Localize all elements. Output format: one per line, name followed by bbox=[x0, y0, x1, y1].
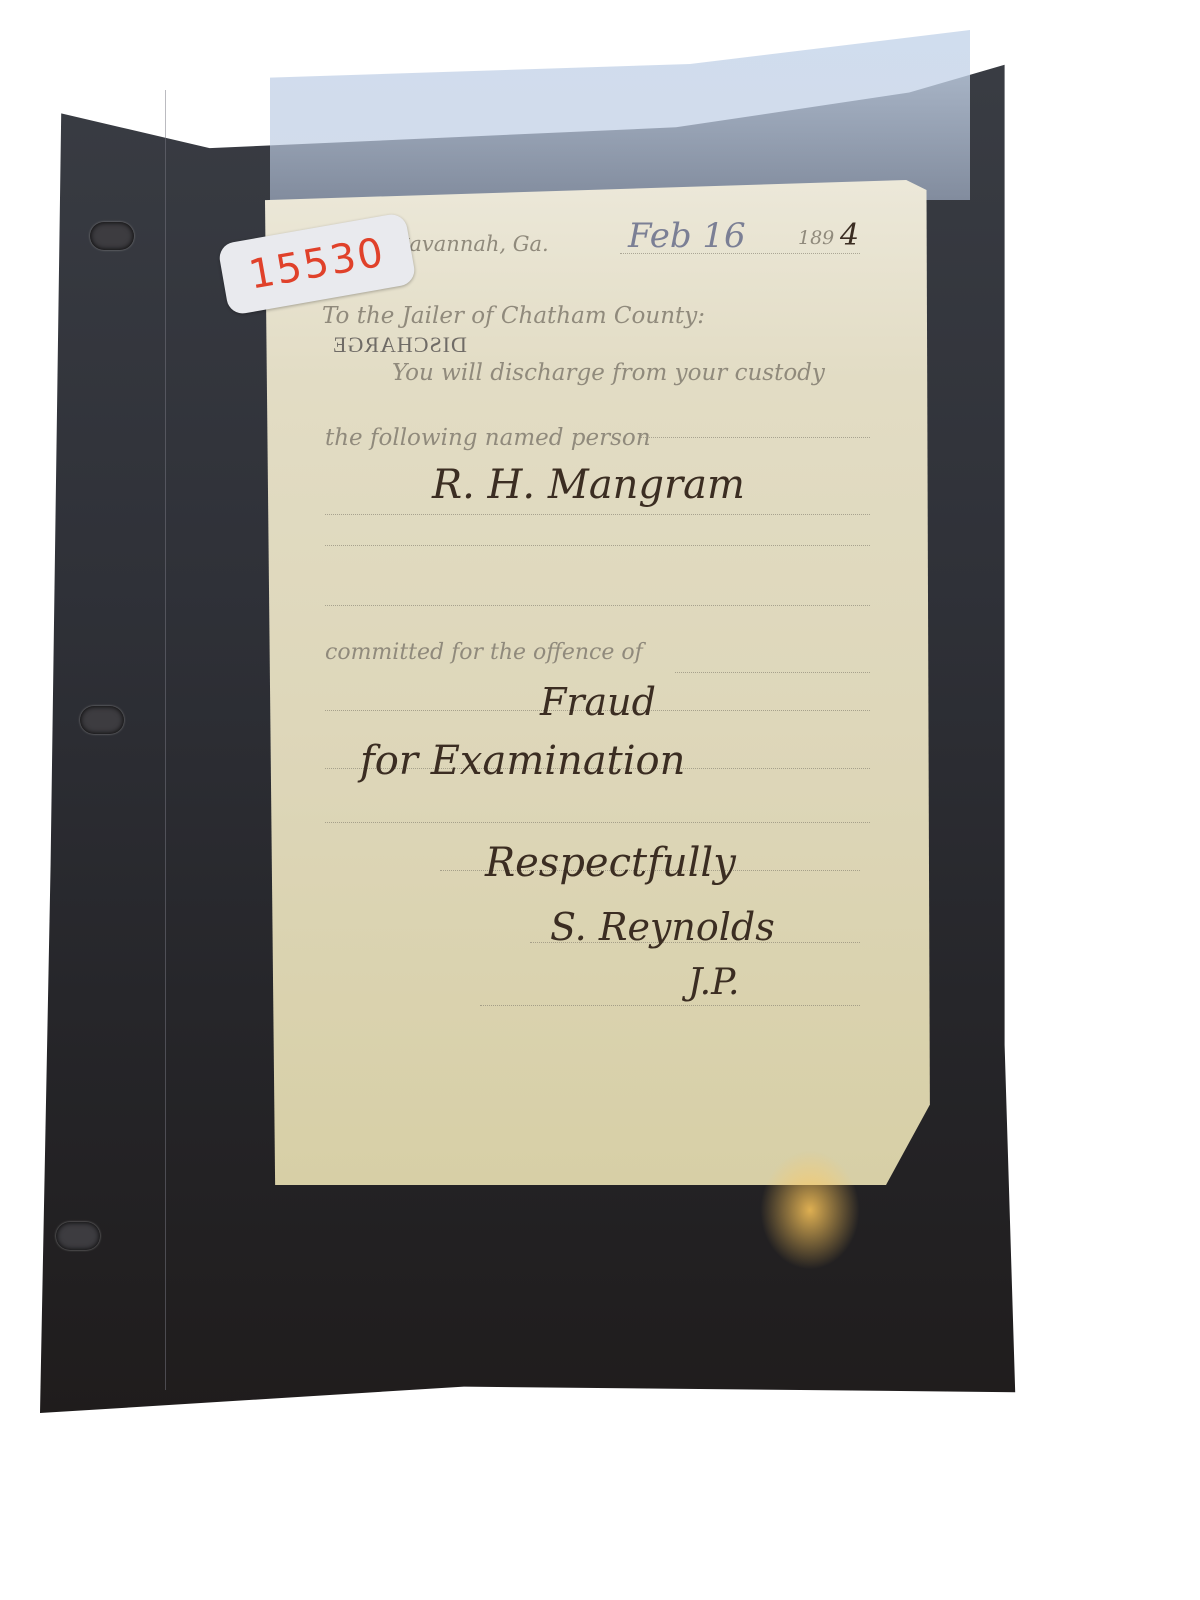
sleeve-margin-line bbox=[165, 90, 166, 1390]
inventory-number: 15530 bbox=[245, 229, 388, 298]
offence-note: for Examination bbox=[360, 738, 685, 784]
discharge-stamp-mirrored: DISCHARGE bbox=[332, 332, 467, 358]
rule-line bbox=[480, 1005, 860, 1007]
signer-title: J.P. bbox=[688, 962, 739, 1003]
offence-label: committed for the offence of bbox=[325, 640, 643, 665]
handwritten-date: Feb 16 bbox=[628, 216, 746, 256]
person-name: R. H. Mangram bbox=[432, 462, 745, 508]
binder-hole-top bbox=[90, 222, 134, 250]
rule-line bbox=[675, 672, 870, 674]
closing: Respectfully bbox=[485, 840, 736, 886]
addressee: To the Jailer of Chatham County: bbox=[322, 303, 705, 329]
binder-hole-bottom bbox=[56, 1222, 100, 1250]
rule-line bbox=[325, 605, 870, 607]
printed-year: 189 bbox=[798, 227, 834, 249]
offence-value: Fraud bbox=[540, 680, 656, 724]
instruction-line-2: the following named person bbox=[325, 425, 651, 451]
rule-line bbox=[325, 514, 870, 516]
instruction-line-1: You will discharge from your custody bbox=[392, 360, 825, 386]
handwritten-year-digit: 4 bbox=[840, 218, 859, 253]
rule-line bbox=[325, 545, 870, 547]
signature: S. Reynolds bbox=[550, 905, 775, 949]
sleeve-glare bbox=[270, 30, 970, 200]
binder-hole-middle bbox=[80, 706, 124, 734]
rule-line bbox=[325, 822, 870, 824]
rule-line bbox=[640, 437, 870, 439]
light-reflection bbox=[760, 1150, 860, 1270]
printed-place: Savannah, Ga. bbox=[395, 232, 549, 256]
